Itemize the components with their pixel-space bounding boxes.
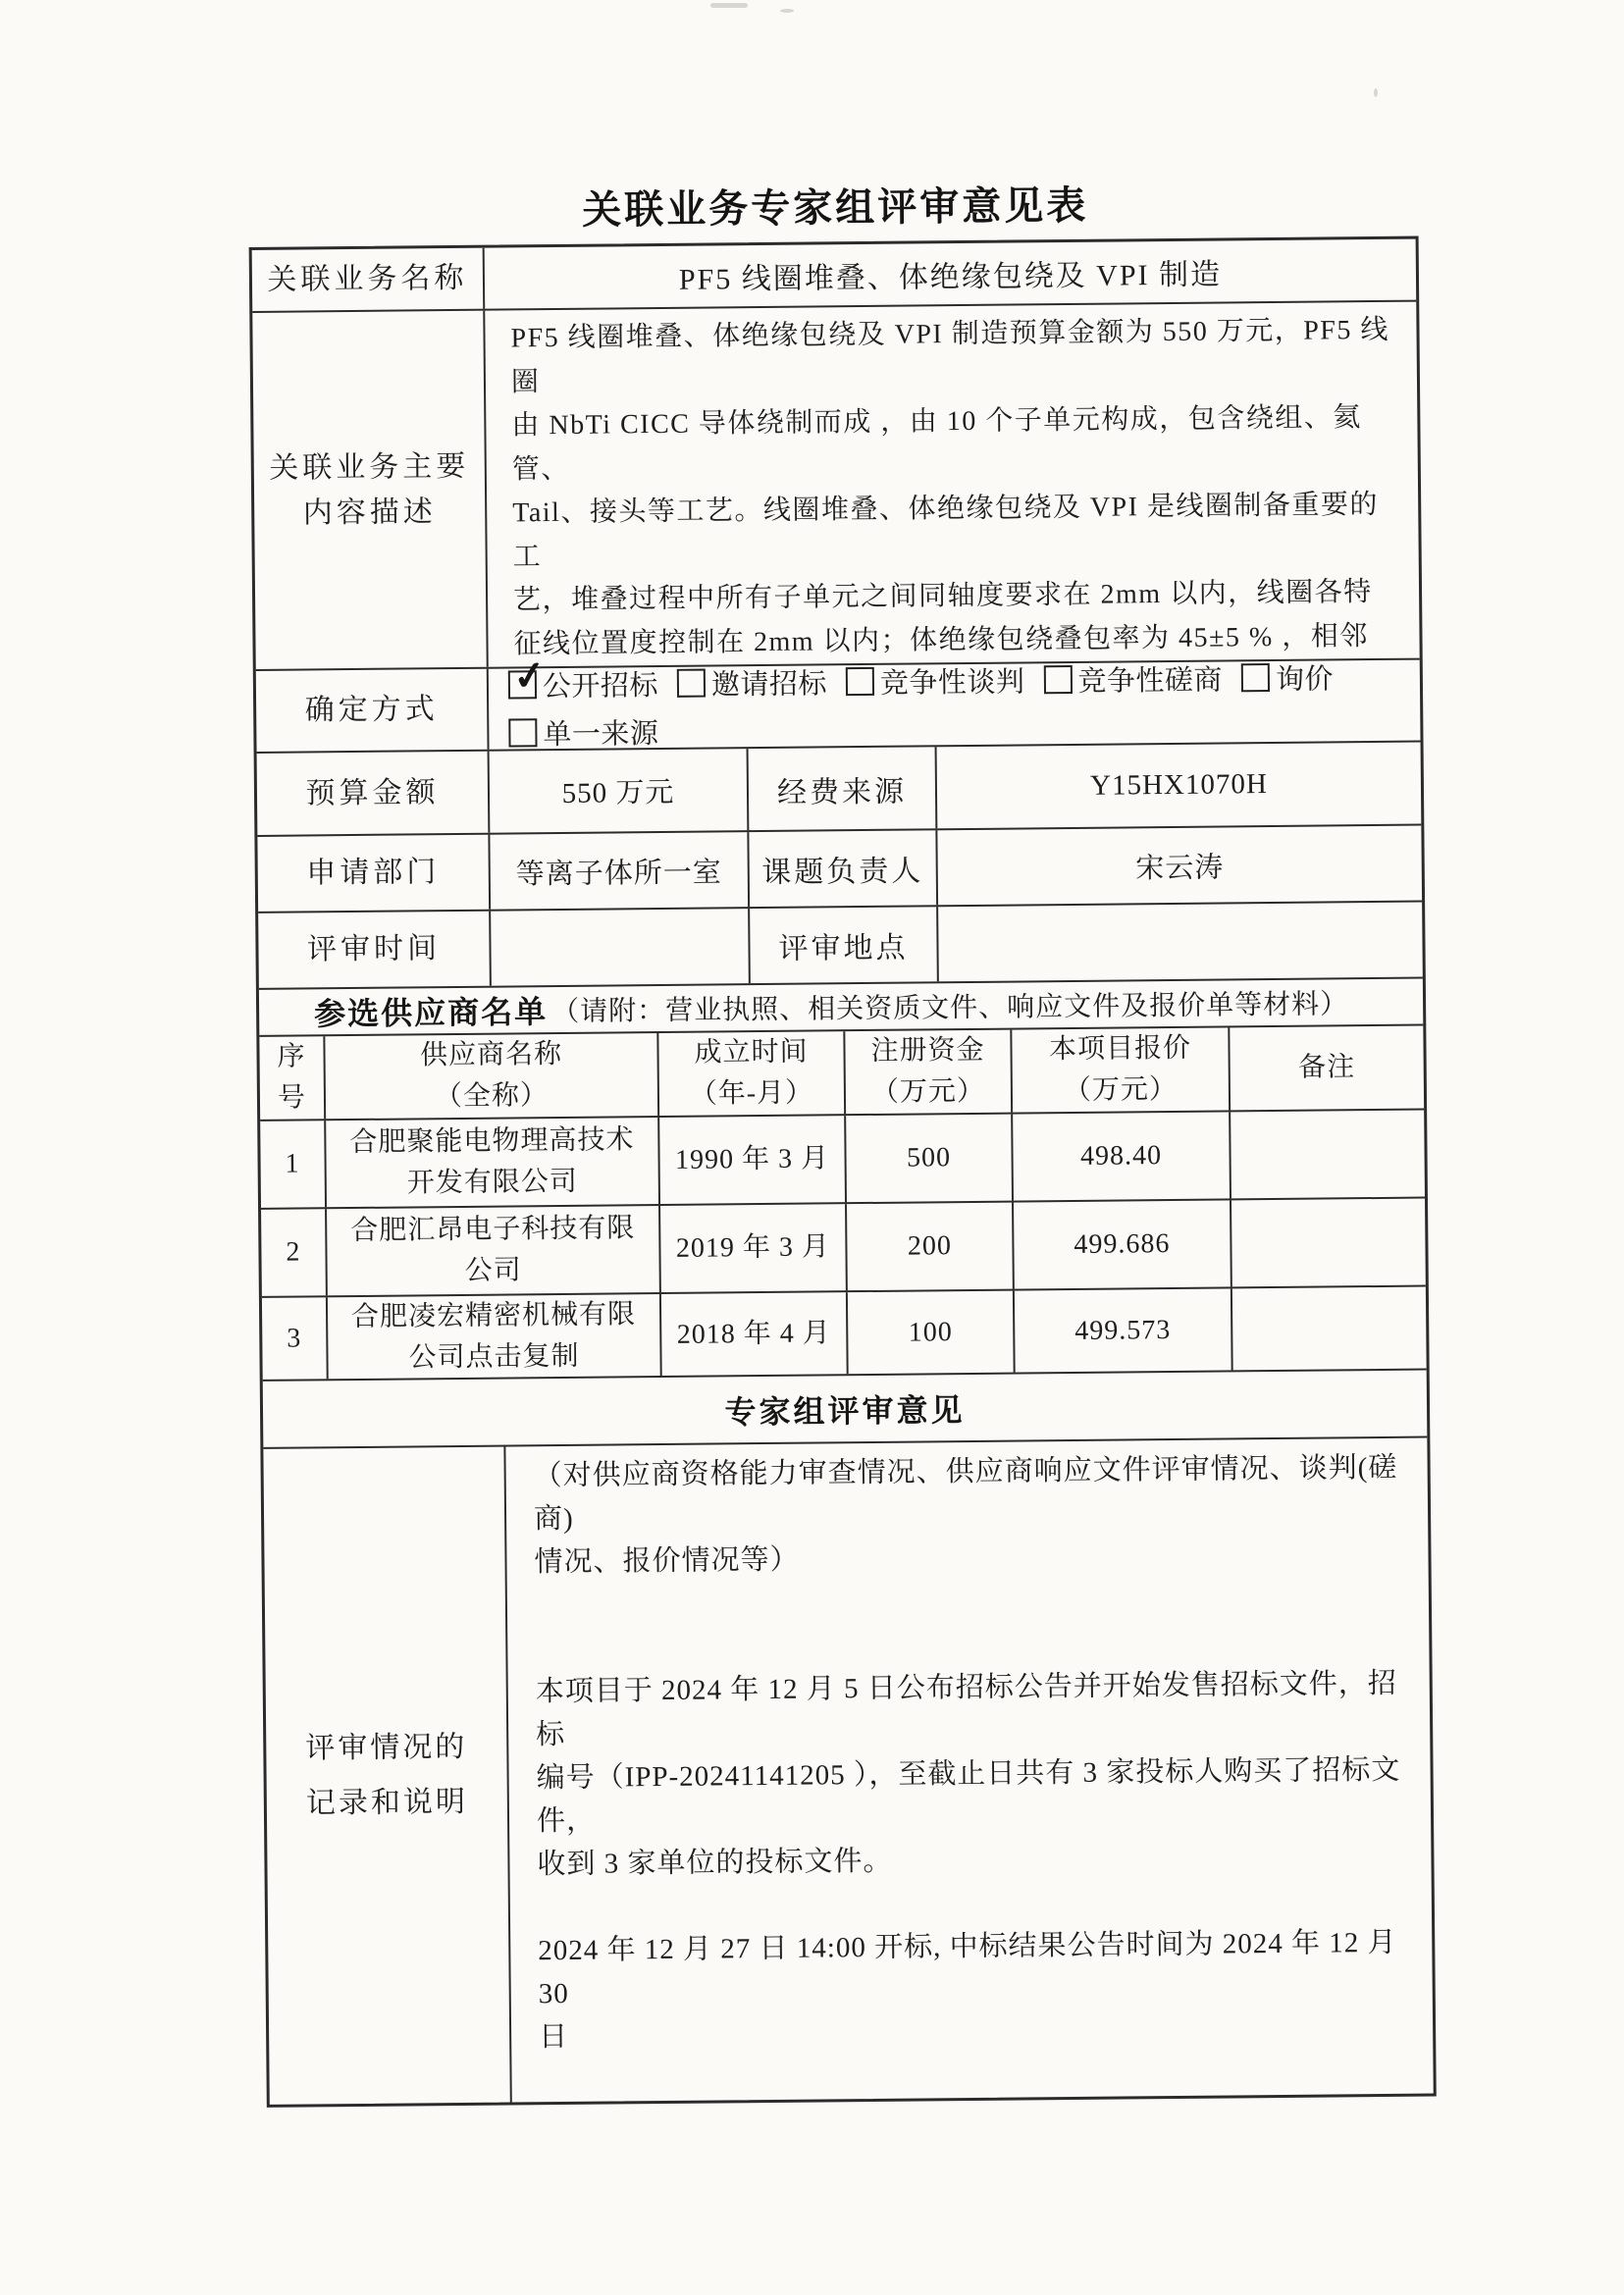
row-expert-review-section: 专家组评审意见: [263, 1371, 1428, 1449]
page-title: 关联业务专家组评审意见表: [248, 172, 1422, 238]
supplier-capital: 100: [848, 1291, 1016, 1375]
budget-label: 预算金额: [257, 752, 491, 835]
review-record-content: （对供应商资格能力审查情况、供应商响应文件评审情况、谈判(磋商) 情况、报价情况…: [505, 1438, 1433, 2103]
supplier-row: 1 合肥聚能电物理高技术 开发有限公司 1990 年 3 月 500 498.4…: [260, 1111, 1425, 1210]
checkbox-open-tender: ✓ 公开招标: [508, 663, 658, 704]
supplier-table-header: 序 号 供应商名称 （全称） 成立时间 （年-月） 注册资金 （万元） 本项目报…: [259, 1026, 1424, 1121]
checkbox-label: 竞争性谈判: [880, 659, 1025, 701]
checkbox-inquiry: 询价: [1241, 656, 1334, 698]
scanned-document: 关联业务专家组评审意见表 关联业务名称 PF5 线圈堆叠、体绝缘包绕及 VPI …: [248, 172, 1441, 2108]
review-place-label: 评审地点: [750, 907, 939, 983]
project-leader-label: 课题负责人: [749, 830, 938, 907]
checkbox-label: 单一来源: [543, 711, 658, 753]
supplier-bid: 499.686: [1014, 1200, 1232, 1288]
expert-review-section-title: 专家组评审意见: [263, 1371, 1428, 1447]
scan-artifact: [1374, 88, 1378, 97]
apply-dept-label: 申请部门: [257, 835, 491, 912]
checkbox-box-icon: [1241, 663, 1270, 692]
supplier-remark: [1232, 1287, 1427, 1371]
supplier-bid: 499.573: [1015, 1288, 1233, 1372]
checkmark-icon: ✓: [511, 654, 549, 698]
supplier-remark: [1231, 1199, 1426, 1287]
scan-artifact: [780, 9, 794, 13]
supplier-row: 2 合肥汇昂电子科技有限 公司 2019 年 3 月 200 499.686: [261, 1199, 1426, 1298]
header-name: 供应商名称 （全称）: [325, 1033, 659, 1119]
apply-dept-value: 等离子体所一室: [490, 832, 750, 910]
row-description: 关联业务主要 内容描述 PF5 线圈堆叠、体绝缘包绕及 VPI 制造预算金额为 …: [252, 302, 1419, 671]
supplier-no: 3: [262, 1297, 329, 1380]
review-place-value: [938, 903, 1423, 982]
supplier-section-title: 参选供应商名单: [314, 987, 548, 1034]
business-name-value: PF5 线圈堆叠、体绝缘包绕及 VPI 制造: [485, 239, 1417, 309]
checkbox-invited-tender: 邀请招标: [677, 661, 827, 703]
header-bid: 本项目报价 （万元）: [1012, 1027, 1231, 1112]
supplier-section-note: （请附：营业执照、相关资质文件、响应文件及报价单等材料）: [551, 982, 1348, 1029]
supplier-founded: 2019 年 3 月: [660, 1204, 848, 1292]
checkbox-label: 竞争性磋商: [1077, 657, 1223, 699]
row-business-name: 关联业务名称 PF5 线圈堆叠、体绝缘包绕及 VPI 制造: [252, 239, 1417, 313]
checkbox-competitive-consultation: 竞争性磋商: [1043, 657, 1223, 700]
checkbox-label: 邀请招标: [711, 661, 827, 703]
supplier-founded: 1990 年 3 月: [659, 1116, 847, 1204]
supplier-name: 合肥聚能电物理高技术 开发有限公司: [326, 1118, 660, 1207]
review-time-value: [491, 909, 751, 986]
checkbox-line-2: 单一来源: [508, 711, 658, 753]
project-leader-value: 宋云涛: [937, 826, 1422, 906]
row-review-record: 评审情况的 记录和说明 （对供应商资格能力审查情况、供应商响应文件评审情况、谈判…: [263, 1438, 1433, 2105]
confirm-method-options: ✓ 公开招标 邀请招标 竞争性谈判 竞争性磋商: [489, 660, 1421, 750]
checkbox-label: 公开招标: [543, 663, 658, 704]
supplier-no: 2: [261, 1209, 328, 1296]
checkbox-box-icon: [846, 667, 874, 696]
review-form-table: 关联业务名称 PF5 线圈堆叠、体绝缘包绕及 VPI 制造 关联业务主要 内容描…: [249, 236, 1437, 2108]
supplier-name: 合肥凌宏精密机械有限 公司点击复制: [328, 1294, 662, 1379]
checkbox-box-icon: [1043, 665, 1072, 694]
supplier-no: 1: [260, 1121, 327, 1208]
checkbox-label: 询价: [1276, 656, 1334, 698]
description-value: PF5 线圈堆叠、体绝缘包绕及 VPI 制造预算金额为 550 万元，PF5 线…: [485, 302, 1419, 667]
supplier-remark: [1231, 1111, 1425, 1199]
supplier-capital: 200: [847, 1203, 1015, 1291]
scan-artifact: [710, 3, 748, 8]
supplier-name: 合肥汇昂电子科技有限 公司: [327, 1206, 661, 1295]
header-no: 序 号: [259, 1036, 326, 1120]
supplier-bid: 498.40: [1013, 1112, 1231, 1200]
business-name-label: 关联业务名称: [252, 248, 486, 311]
budget-value: 550 万元: [490, 749, 750, 833]
header-founded: 成立时间 （年-月）: [658, 1031, 846, 1116]
checkbox-box-icon: [508, 718, 537, 747]
header-remark: 备注: [1230, 1026, 1424, 1111]
supplier-row: 3 合肥凌宏精密机械有限 公司点击复制 2018 年 4 月 100 499.5…: [262, 1287, 1427, 1382]
header-capital: 注册资金 （万元）: [845, 1030, 1013, 1115]
checkbox-line-1: ✓ 公开招标 邀请招标 竞争性谈判 竞争性磋商: [508, 656, 1334, 704]
row-confirm-method: 确定方式 ✓ 公开招标 邀请招标 竞争性谈判: [256, 660, 1421, 754]
checkbox-box-icon: [677, 669, 706, 698]
fund-source-value: Y15HX1070H: [937, 743, 1422, 829]
confirm-method-label: 确定方式: [256, 669, 490, 752]
description-label: 关联业务主要 内容描述: [252, 311, 488, 669]
supplier-capital: 500: [846, 1115, 1014, 1203]
row-apply-dept: 申请部门 等离子体所一室 课题负责人 宋云涛: [257, 826, 1422, 913]
row-review-time: 评审时间 评审地点: [258, 903, 1423, 990]
review-record-label: 评审情况的 记录和说明: [263, 1447, 511, 2105]
checkbox-competitive-negotiation: 竞争性谈判: [846, 659, 1025, 702]
review-time-label: 评审时间: [258, 912, 492, 988]
checkbox-single-source: 单一来源: [508, 711, 658, 753]
supplier-founded: 2018 年 4 月: [661, 1292, 849, 1376]
fund-source-label: 经费来源: [749, 747, 938, 830]
checkbox-box-icon: ✓: [508, 670, 537, 699]
row-budget: 预算金额 550 万元 经费来源 Y15HX1070H: [257, 743, 1422, 837]
